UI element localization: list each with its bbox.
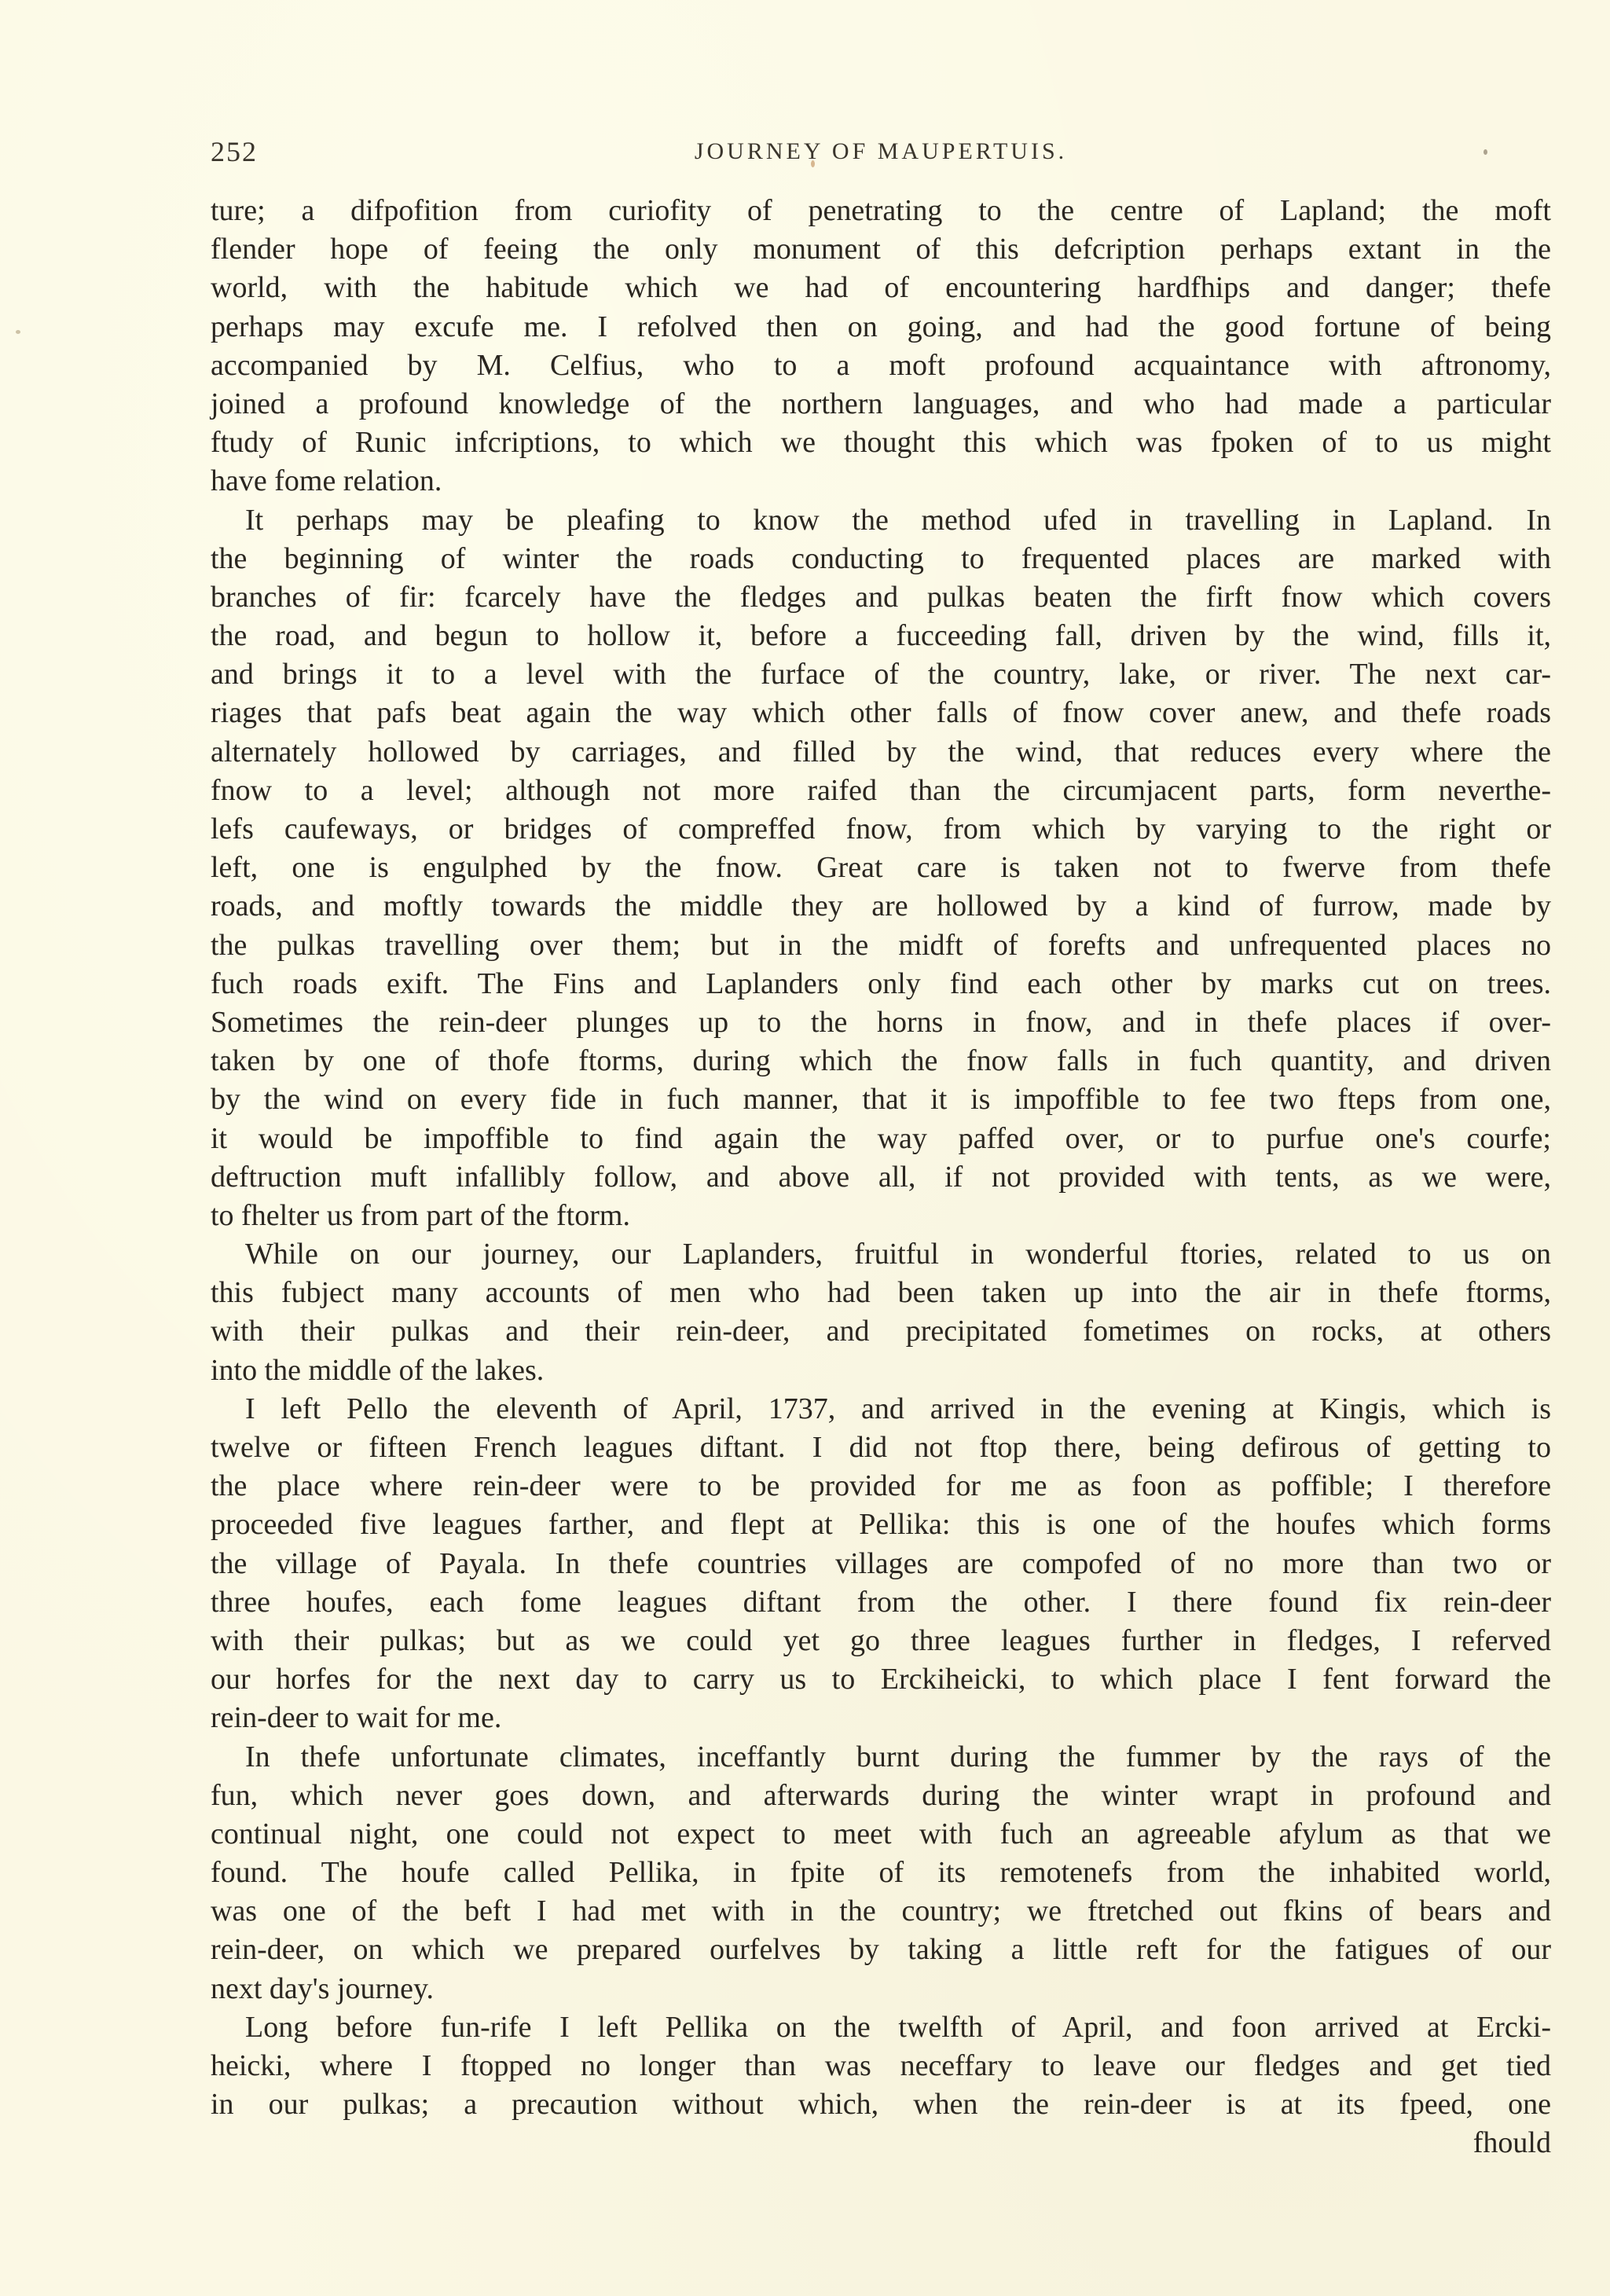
text-line: deftruction muft infallibly follow, and … [211, 1158, 1551, 1197]
text-line: Sometimes the rein-deer plunges up to th… [211, 1003, 1551, 1042]
text-line: ftudy of Runic infcriptions, to which we… [211, 424, 1551, 462]
body-text: ture; a difpofition from curiofity of pe… [211, 192, 1551, 2163]
text-line: riages that pafs beat again the way whic… [211, 694, 1551, 732]
text-line: have fome relation. [211, 462, 1551, 501]
text-line: the place where rein-deer were to be pro… [211, 1467, 1551, 1506]
text-line: it would be impoffible to find again the… [211, 1120, 1551, 1158]
text-line: perhaps may excufe me. I refolved then o… [211, 308, 1551, 347]
text-line: with their pulkas and their rein-deer, a… [211, 1312, 1551, 1351]
text-line: and brings it to a level with the furfac… [211, 655, 1551, 694]
paragraph: Long before fun-rife I left Pellika on t… [211, 2008, 1551, 2125]
text-line: joined a profound knowledge of the north… [211, 385, 1551, 424]
text-line: fuch roads exift. The Fins and Laplander… [211, 965, 1551, 1003]
text-line: rein-deer to wait for me. [211, 1699, 1551, 1737]
paragraph: I left Pello the eleventh of April, 1737… [211, 1390, 1551, 1738]
text-line: world, with the habitude which we had of… [211, 269, 1551, 307]
text-line: continual night, one could not expect to… [211, 1815, 1551, 1854]
catchword: fhould [211, 2124, 1551, 2162]
paper-speck [16, 330, 20, 334]
text-line: rein-deer, on which we prepared ourfelve… [211, 1931, 1551, 1969]
text-line: into the middle of the lakes. [211, 1352, 1551, 1390]
text-line: Long before fun-rife I left Pellika on t… [211, 2008, 1551, 2047]
text-line: branches of fir: fcarcely have the fledg… [211, 578, 1551, 617]
paragraph: While on our journey, our Laplanders, fr… [211, 1235, 1551, 1390]
text-line: I left Pello the eleventh of April, 1737… [211, 1390, 1551, 1429]
running-title: JOURNEY OF MAUPERTUIS. [211, 138, 1551, 165]
paragraph: ture; a difpofition from curiofity of pe… [211, 192, 1551, 501]
text-line: the village of Payala. In thefe countrie… [211, 1545, 1551, 1583]
text-line: ture; a difpofition from curiofity of pe… [211, 192, 1551, 230]
text-line: heicki, where I ftopped no longer than w… [211, 2047, 1551, 2085]
text-line: three houfes, each fome leagues diftant … [211, 1583, 1551, 1622]
text-line: While on our journey, our Laplanders, fr… [211, 1235, 1551, 1274]
text-line: the pulkas travelling over them; but in … [211, 926, 1551, 965]
text-line: twelve or fifteen French leagues diftant… [211, 1429, 1551, 1467]
text-line: by the wind on every fide in fuch manner… [211, 1080, 1551, 1119]
text-line: roads, and moftly towards the middle the… [211, 887, 1551, 926]
paragraph: In thefe unfortunate climates, inceffant… [211, 1738, 1551, 2008]
text-line: accompanied by M. Celfius, who to a moft… [211, 347, 1551, 385]
text-line: next day's journey. [211, 1970, 1551, 2008]
text-line: fnow to a level; although not more raife… [211, 772, 1551, 810]
book-page: 252 JOURNEY OF MAUPERTUIS. ture; a difpo… [0, 0, 1610, 2296]
text-line: to fhelter us from part of the ftorm. [211, 1197, 1551, 1235]
text-line: our horfes for the next day to carry us … [211, 1660, 1551, 1699]
text-line: the road, and begun to hollow it, before… [211, 617, 1551, 655]
text-line: flender hope of feeing the only monument… [211, 230, 1551, 269]
text-line: left, one is engulphed by the fnow. Grea… [211, 849, 1551, 887]
text-line: fun, which never goes down, and afterwar… [211, 1777, 1551, 1815]
text-line: alternately hollowed by carriages, and f… [211, 733, 1551, 772]
running-head: 252 JOURNEY OF MAUPERTUIS. [211, 132, 1551, 171]
paragraph: It perhaps may be pleafing to know the m… [211, 501, 1551, 1236]
text-line: in our pulkas; a precaution without whic… [211, 2085, 1551, 2124]
text-line: proceeded five leagues farther, and flep… [211, 1506, 1551, 1544]
text-line: It perhaps may be pleafing to know the m… [211, 501, 1551, 540]
text-line: with their pulkas; but as we could yet g… [211, 1622, 1551, 1660]
text-line: was one of the beft I had met with in th… [211, 1892, 1551, 1931]
text-line: found. The houfe called Pellika, in fpit… [211, 1854, 1551, 1892]
text-line: In thefe unfortunate climates, inceffant… [211, 1738, 1551, 1777]
text-line: lefs caufeways, or bridges of compreffed… [211, 810, 1551, 849]
text-line: the beginning of winter the roads conduc… [211, 540, 1551, 578]
text-line: this fubject many accounts of men who ha… [211, 1274, 1551, 1312]
text-line: taken by one of thofe ftorms, during whi… [211, 1042, 1551, 1080]
